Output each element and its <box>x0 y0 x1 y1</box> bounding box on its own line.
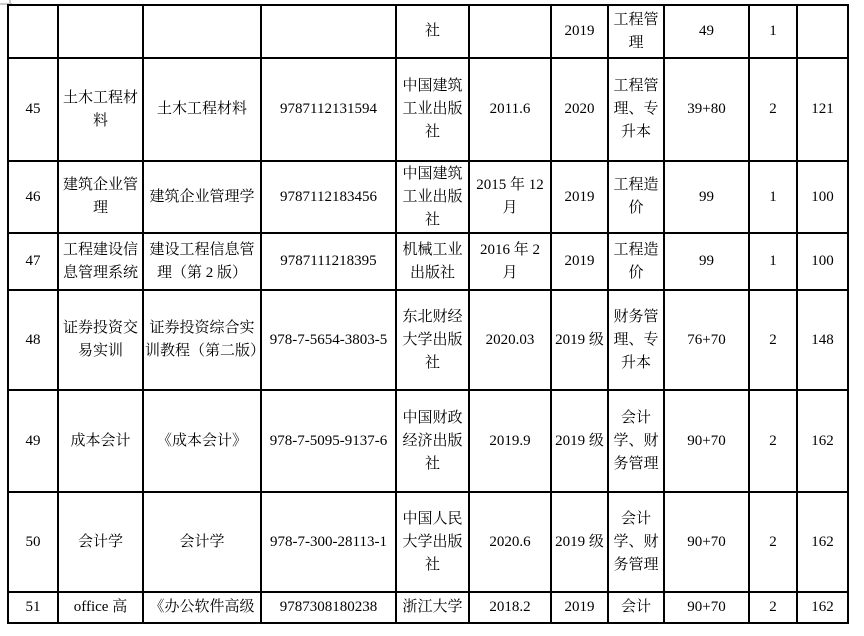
cell-grade: 2019 级 <box>551 290 608 390</box>
cell-major: 工程造价 <box>608 161 664 233</box>
cell-no: 51 <box>8 592 58 623</box>
cell-date: 2018.2 <box>469 592 551 623</box>
cell-publisher: 机械工业出版社 <box>396 233 469 290</box>
table-row: 48 证券投资交易实训 证券投资综合实训教程（第二版） 978-7-5654-3… <box>8 290 848 390</box>
cell-major: 工程管理、专升本 <box>608 58 664 161</box>
cell-no: 45 <box>8 58 58 161</box>
cell-major: 会计 <box>608 592 664 623</box>
cell-copies: 1 <box>749 161 797 233</box>
cell-course: 会计学 <box>58 492 143 592</box>
cell-copies: 2 <box>749 592 797 623</box>
cell-copies: 2 <box>749 290 797 390</box>
cell-course: 土木工程材料 <box>58 58 143 161</box>
cell-isbn: 9787112183456 <box>261 161 396 233</box>
cell-total: 162 <box>797 492 848 592</box>
cell-course: 成本会计 <box>58 390 143 492</box>
table-row: 50 会计学 会计学 978-7-300-28113-1 中国人民大学出版社 2… <box>8 492 848 592</box>
cell-publisher: 浙江大学 <box>396 592 469 623</box>
cell-course: office 高 <box>58 592 143 623</box>
cell-isbn: 9787112131594 <box>261 58 396 161</box>
cell-course: 工程建设信息管理系统 <box>58 233 143 290</box>
cell-copies: 2 <box>749 390 797 492</box>
cell-grade: 2019 <box>551 5 608 58</box>
cell-total: 162 <box>797 390 848 492</box>
cell-grade: 2019 <box>551 161 608 233</box>
cell-course <box>58 5 143 58</box>
cell-isbn: 9787308180238 <box>261 592 396 623</box>
table-row: 51 office 高 《办公软件高级 9787308180238 浙江大学 2… <box>8 592 848 623</box>
cell-title: 证券投资综合实训教程（第二版） <box>143 290 261 390</box>
cell-no <box>8 5 58 58</box>
cell-total <box>797 5 848 58</box>
cell-title: 建筑企业管理学 <box>143 161 261 233</box>
table-row: 社 2019 工程管理 49 1 <box>8 5 848 58</box>
cell-major: 工程管理 <box>608 5 664 58</box>
cell-title: 会计学 <box>143 492 261 592</box>
cell-publisher: 社 <box>396 5 469 58</box>
cell-date <box>469 5 551 58</box>
cell-major: 财务管理、专升本 <box>608 290 664 390</box>
cell-title: 土木工程材料 <box>143 58 261 161</box>
cell-title: 建设工程信息管理（第 2 版） <box>143 233 261 290</box>
cell-no: 48 <box>8 290 58 390</box>
table-row: 49 成本会计 《成本会计》 978-7-5095-9137-6 中国财政经济出… <box>8 390 848 492</box>
cell-grade: 2019 级 <box>551 390 608 492</box>
cell-publisher: 中国人民大学出版社 <box>396 492 469 592</box>
cell-grade: 2019 <box>551 233 608 290</box>
cell-publisher: 中国建筑工业出版社 <box>396 161 469 233</box>
cell-no: 50 <box>8 492 58 592</box>
textbook-list-table: 社 2019 工程管理 49 1 45 土木工程材料 土木工程材料 978711… <box>7 4 849 624</box>
cell-course: 建筑企业管理 <box>58 161 143 233</box>
cell-grade: 2020 <box>551 58 608 161</box>
table-row: 47 工程建设信息管理系统 建设工程信息管理（第 2 版） 9787111218… <box>8 233 848 290</box>
cell-grade: 2019 级 <box>551 492 608 592</box>
cell-quantity: 90+70 <box>664 390 749 492</box>
cell-quantity: 76+70 <box>664 290 749 390</box>
cell-publisher: 中国建筑工业出版社 <box>396 58 469 161</box>
cell-date: 2019.9 <box>469 390 551 492</box>
cell-publisher: 东北财经大学出版社 <box>396 290 469 390</box>
cell-copies: 1 <box>749 233 797 290</box>
cell-quantity: 99 <box>664 233 749 290</box>
cell-total: 148 <box>797 290 848 390</box>
cell-quantity: 39+80 <box>664 58 749 161</box>
cell-quantity: 90+70 <box>664 492 749 592</box>
cell-date: 2020.6 <box>469 492 551 592</box>
cell-major: 工程造价 <box>608 233 664 290</box>
cell-course: 证券投资交易实训 <box>58 290 143 390</box>
table-row: 46 建筑企业管理 建筑企业管理学 9787112183456 中国建筑工业出版… <box>8 161 848 233</box>
cell-quantity: 90+70 <box>664 592 749 623</box>
cell-isbn: 978-7-300-28113-1 <box>261 492 396 592</box>
cell-copies: 1 <box>749 5 797 58</box>
cell-total: 100 <box>797 233 848 290</box>
cell-no: 46 <box>8 161 58 233</box>
cell-major: 会计学、财务管理 <box>608 492 664 592</box>
cell-date: 2020.03 <box>469 290 551 390</box>
cell-quantity: 49 <box>664 5 749 58</box>
cell-date: 2015 年 12 月 <box>469 161 551 233</box>
cell-publisher: 中国财政经济出版社 <box>396 390 469 492</box>
cell-major: 会计学、财务管理 <box>608 390 664 492</box>
cell-isbn: 9787111218395 <box>261 233 396 290</box>
cell-title: 《成本会计》 <box>143 390 261 492</box>
cell-isbn: 978-7-5654-3803-5 <box>261 290 396 390</box>
cell-grade: 2019 <box>551 592 608 623</box>
cell-isbn <box>261 5 396 58</box>
cell-copies: 2 <box>749 58 797 161</box>
table-row: 45 土木工程材料 土木工程材料 9787112131594 中国建筑工业出版社… <box>8 58 848 161</box>
cell-isbn: 978-7-5095-9137-6 <box>261 390 396 492</box>
cell-no: 47 <box>8 233 58 290</box>
cell-total: 121 <box>797 58 848 161</box>
cell-no: 49 <box>8 390 58 492</box>
cell-quantity: 99 <box>664 161 749 233</box>
cell-total: 100 <box>797 161 848 233</box>
cell-title: 《办公软件高级 <box>143 592 261 623</box>
cell-title <box>143 5 261 58</box>
cell-date: 2016 年 2 月 <box>469 233 551 290</box>
cell-total: 162 <box>797 592 848 623</box>
cell-date: 2011.6 <box>469 58 551 161</box>
cell-copies: 2 <box>749 492 797 592</box>
